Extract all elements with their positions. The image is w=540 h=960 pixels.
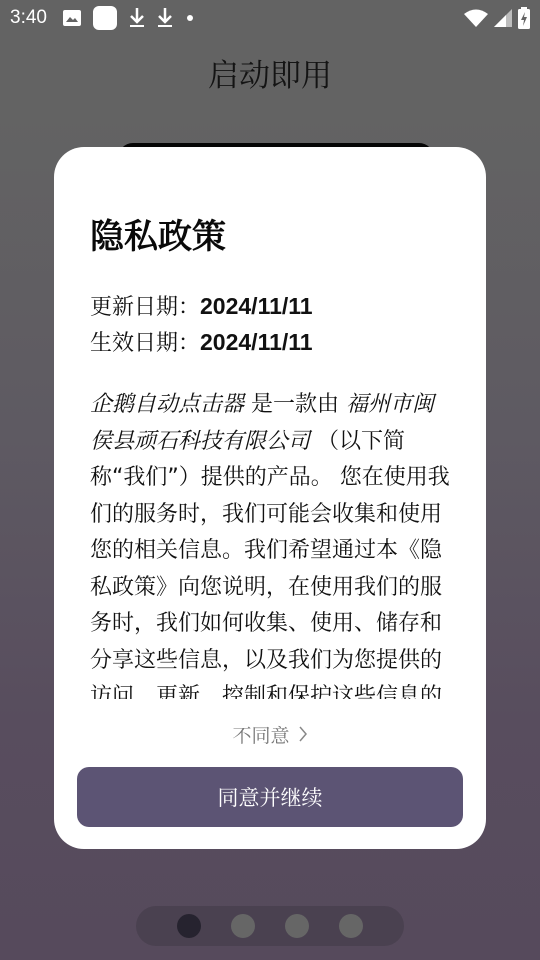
disagree-label: 不同意 xyxy=(232,725,289,747)
system-icons xyxy=(464,7,530,29)
page-dot-4[interactable] xyxy=(339,914,363,938)
page-indicator xyxy=(136,906,404,946)
effective-date-label: 生效日期： xyxy=(90,331,200,356)
page-title: 启动即用 xyxy=(0,50,540,95)
body-text-part1: 是一款由 xyxy=(244,392,346,417)
policy-body-scroll[interactable]: 企鹅自动点击器 是一款由 福州市闽侯县顽石科技有限公司 （以下简称“我们”）提供… xyxy=(90,387,452,699)
image-icon xyxy=(63,10,81,26)
status-bar: 3:40 xyxy=(0,0,540,36)
status-time: 3:40 xyxy=(10,7,47,29)
download-icon xyxy=(157,7,173,29)
dot-icon xyxy=(185,13,195,23)
app-name-text: 企鹅自动点击器 xyxy=(90,392,244,417)
updated-date-value: 2024/11/11 xyxy=(200,293,313,319)
updated-date-label: 更新日期： xyxy=(90,295,200,320)
battery-charging-icon xyxy=(518,7,530,29)
agree-continue-button[interactable]: 同意并继续 xyxy=(77,767,463,827)
wifi-icon xyxy=(464,9,488,27)
page-dot-3[interactable] xyxy=(285,914,309,938)
page-dot-2[interactable] xyxy=(231,914,255,938)
dialog-title: 隐私政策 xyxy=(90,209,226,258)
updated-date-row: 更新日期：2024/11/11 xyxy=(90,290,313,321)
cell-signal-icon xyxy=(494,9,512,27)
body-text-part2: （以下简称“我们”）提供的产品。 您在使用我们的服务时，我们可能会收集和使用您的… xyxy=(90,429,450,700)
chevron-right-icon xyxy=(298,725,308,748)
effective-date-value: 2024/11/11 xyxy=(200,329,313,355)
app-square-icon xyxy=(93,6,117,30)
notification-icons xyxy=(63,6,195,30)
effective-date-row: 生效日期：2024/11/11 xyxy=(90,326,313,357)
disagree-link[interactable]: 不同意 xyxy=(54,721,486,748)
download-icon xyxy=(129,7,145,29)
page-dot-1[interactable] xyxy=(177,914,201,938)
privacy-policy-dialog: 隐私政策 更新日期：2024/11/11 生效日期：2024/11/11 企鹅自… xyxy=(54,147,486,849)
